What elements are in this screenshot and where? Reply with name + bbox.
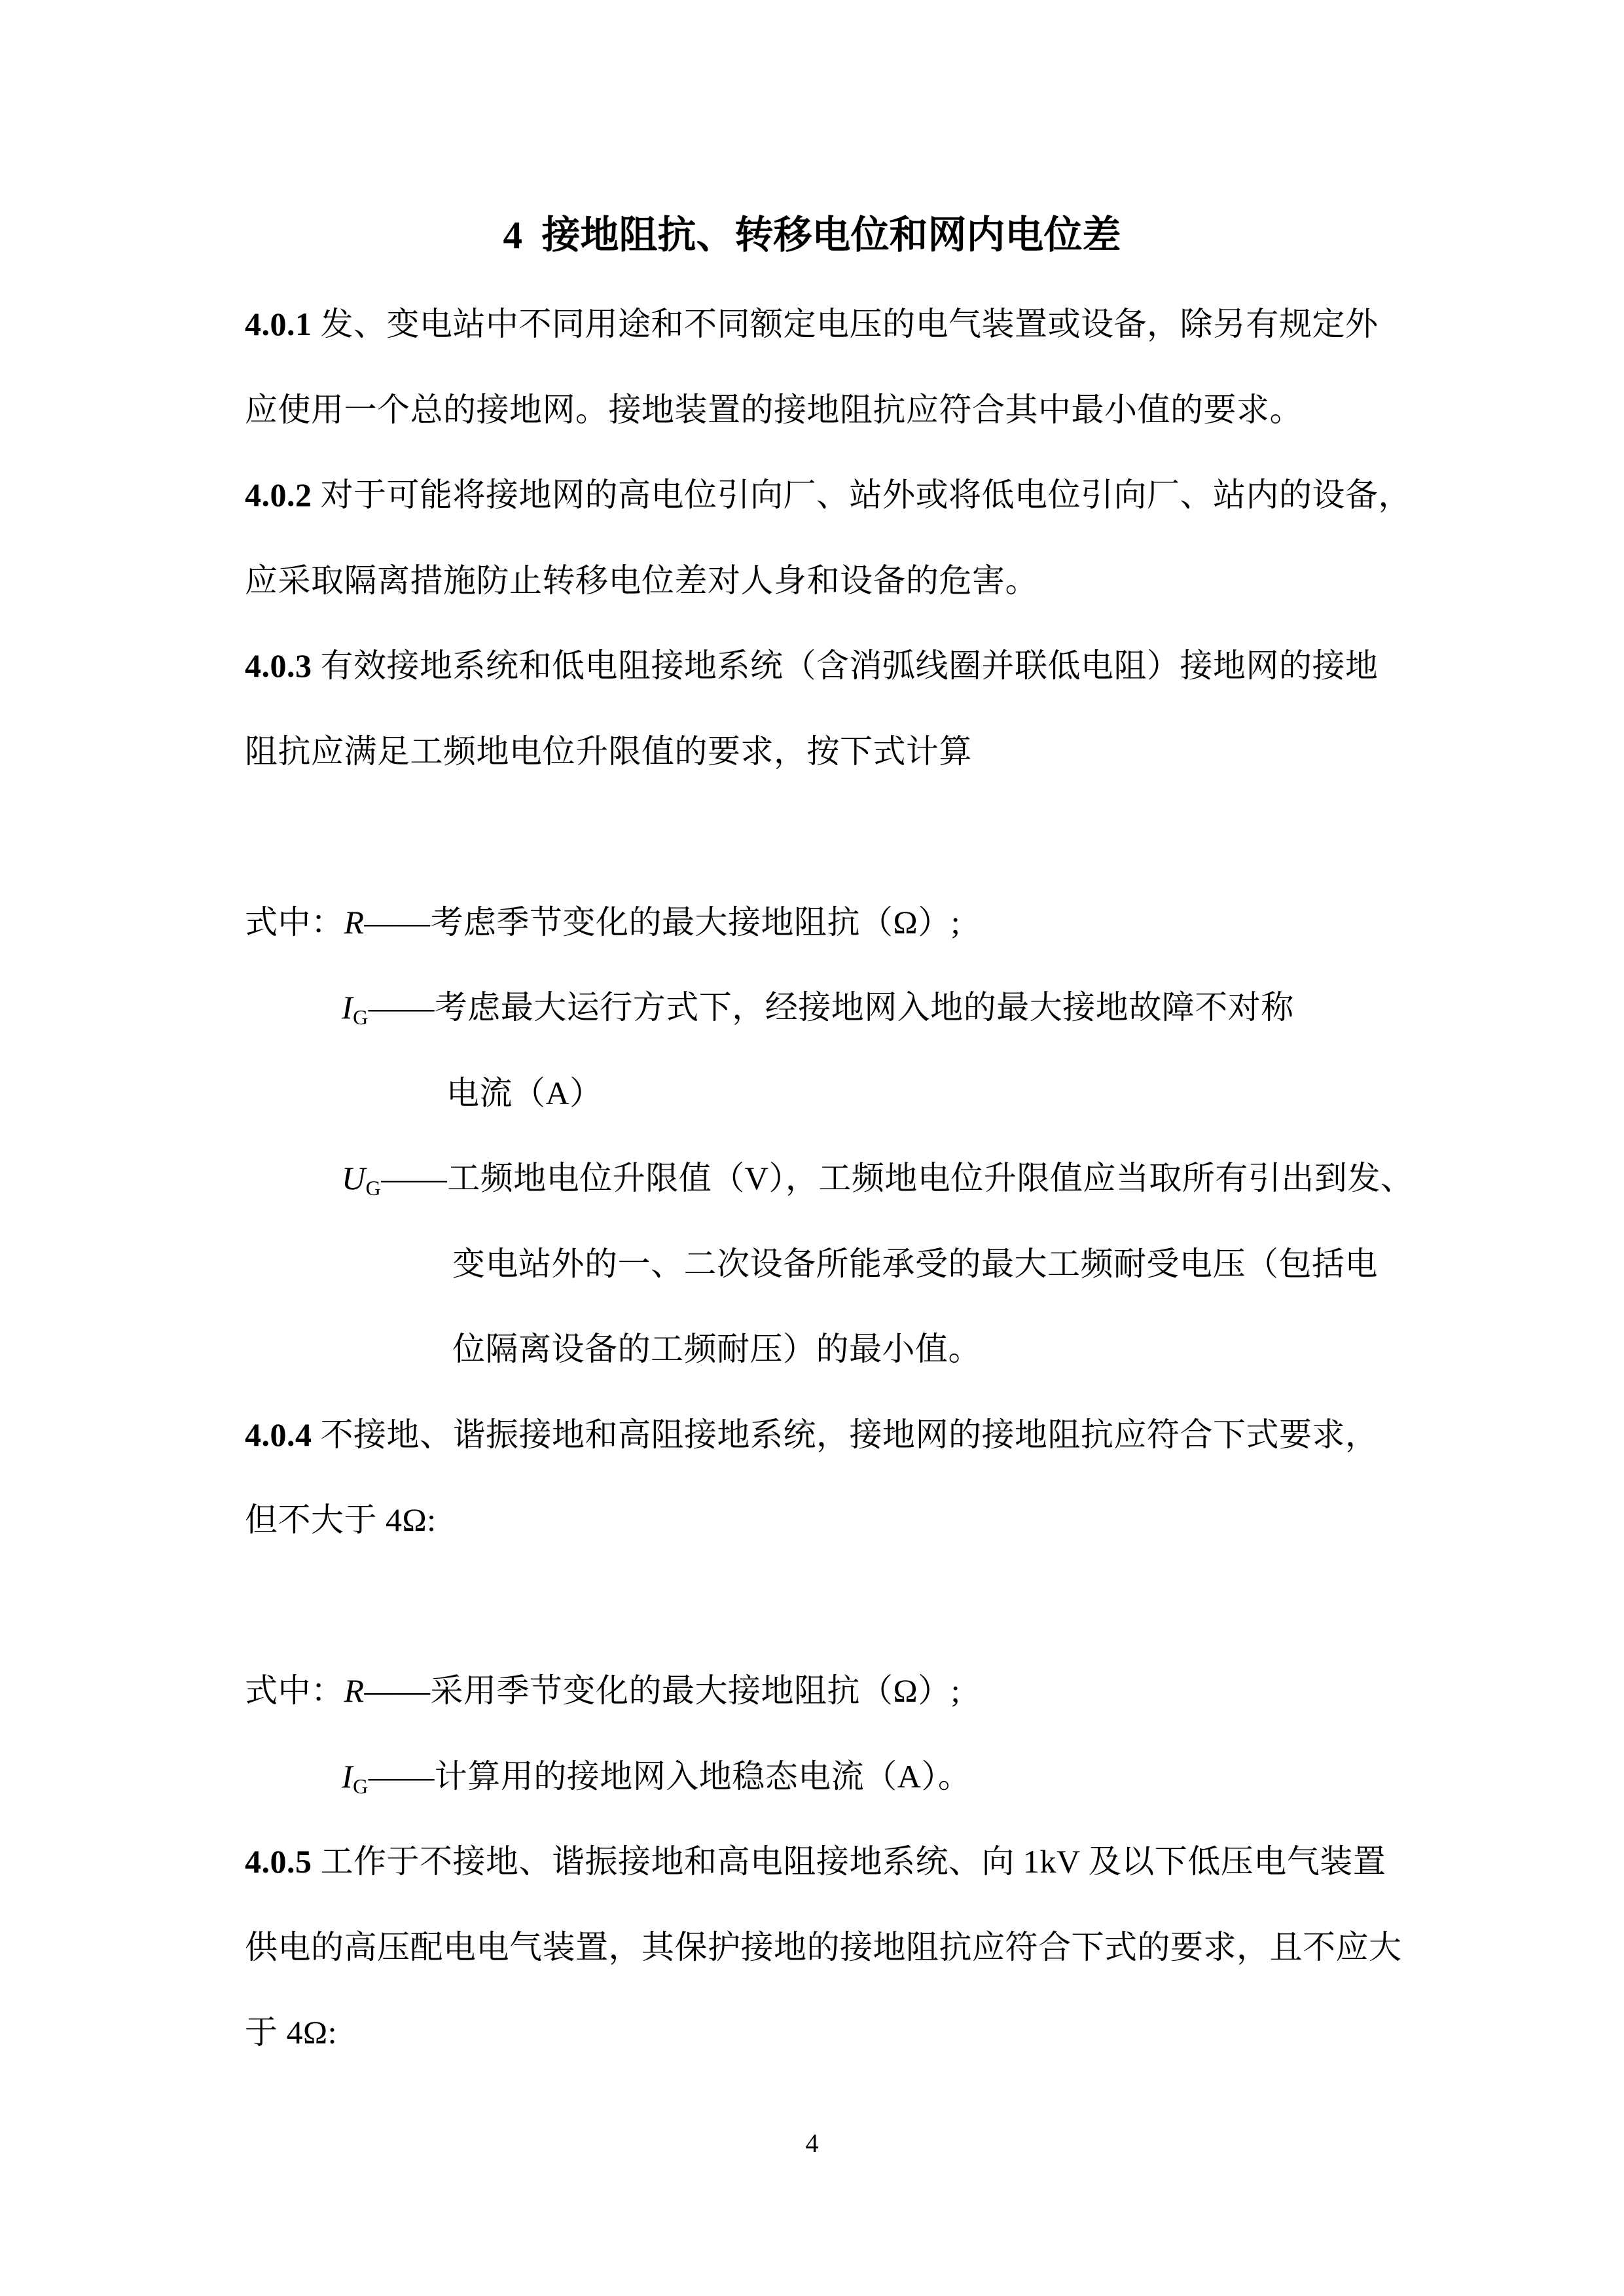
text-segment: 应使用一个总的接地网。接地装置的接地阻抗应符合其中最小值的要求。	[245, 391, 1303, 428]
text-line: 4.0.2 对于可能将接地网的高电位引向厂、站外或将低电位引向厂、站内的设备，	[245, 477, 1411, 512]
body-text: 4.0.1 发、变电站中不同用途和不同额定电压的电气装置或设备，除另有规定外应使…	[0, 0, 1624, 2296]
text-segment: ——采用季节变化的最大接地阻抗（Ω）;	[365, 1672, 961, 1709]
text-line: 位隔离设备的工频耐压）的最小值。	[245, 1331, 981, 1367]
text-segment: G	[353, 1005, 369, 1029]
text-segment: 4.0.1	[245, 306, 312, 342]
text-segment: 应采取隔离措施防止转移电位差对人身和设备的危害。	[245, 562, 1038, 599]
text-line: 电流（A）	[245, 1075, 603, 1111]
text-line: 4.0.5 工作于不接地、谐振接地和高电阻接地系统、向 1kV 及以下低压电气装…	[245, 1844, 1386, 1879]
text-line: 应使用一个总的接地网。接地装置的接地阻抗应符合其中最小值的要求。	[245, 392, 1303, 427]
text-segment: 不接地、谐振接地和高阻接地系统，接地网的接地阻抗应符合下式要求，	[312, 1416, 1379, 1453]
text-segment: 式中：	[245, 1672, 344, 1709]
text-segment: 但不大于 4Ω:	[245, 1501, 437, 1538]
text-segment: G	[353, 1774, 369, 1798]
text-line: 4.0.1 发、变电站中不同用途和不同额定电压的电气装置或设备，除另有规定外	[245, 306, 1379, 342]
text-segment: 变电站外的一、二次设备所能承受的最大工频耐受电压（包括电	[452, 1246, 1378, 1282]
text-segment: 工作于不接地、谐振接地和高电阻接地系统、向 1kV 及以下低压电气装置	[312, 1843, 1386, 1880]
text-line: 式中：R——采用季节变化的最大接地阻抗（Ω）;	[245, 1673, 960, 1708]
text-line: 4.0.4 不接地、谐振接地和高阻接地系统，接地网的接地阻抗应符合下式要求，	[245, 1417, 1379, 1452]
text-segment: 供电的高压配电电气装置，其保护接地的接地阻抗应符合下式的要求，且不应大	[245, 1929, 1402, 1965]
text-line: 式中：R——考虑季节变化的最大接地阻抗（Ω）;	[245, 905, 960, 940]
text-segment: 对于可能将接地网的高电位引向厂、站外或将低电位引向厂、站内的设备，	[312, 476, 1412, 513]
text-segment: 式中：	[245, 904, 344, 941]
text-segment: G	[366, 1176, 382, 1200]
text-segment: 4.0.5	[245, 1843, 312, 1880]
document-page: 4 接地阻抗、转移电位和网内电位差 4.0.1 发、变电站中不同用途和不同额定电…	[0, 0, 1624, 2296]
text-segment: U	[342, 1160, 366, 1196]
text-segment: R	[344, 1672, 365, 1709]
text-segment: 4.0.2	[245, 476, 312, 513]
text-segment: ——工频地电位升限值（V），工频地电位升限值应当取所有引出到发、	[381, 1160, 1413, 1196]
text-line: 4.0.3 有效接地系统和低电阻接地系统（含消弧线圈并联低电阻）接地网的接地	[245, 648, 1379, 683]
text-line: 供电的高压配电电气装置，其保护接地的接地阻抗应符合下式的要求，且不应大	[245, 1929, 1402, 1965]
text-segment: I	[342, 1758, 353, 1795]
text-segment: ——考虑季节变化的最大接地阻抗（Ω）;	[365, 904, 961, 941]
text-segment: 位隔离设备的工频耐压）的最小值。	[452, 1331, 981, 1367]
text-line: 变电站外的一、二次设备所能承受的最大工频耐受电压（包括电	[245, 1246, 1378, 1282]
text-segment: ——计算用的接地网入地稳态电流（A）。	[369, 1758, 971, 1795]
text-segment: 有效接地系统和低电阻接地系统（含消弧线圈并联低电阻）接地网的接地	[312, 647, 1379, 684]
text-segment: 阻抗应满足工频地电位升限值的要求，按下式计算	[245, 733, 972, 770]
page-number: 4	[0, 2128, 1624, 2159]
text-segment: 4.0.4	[245, 1416, 312, 1453]
text-line: 阻抗应满足工频地电位升限值的要求，按下式计算	[245, 734, 972, 769]
text-segment: R	[344, 904, 365, 941]
text-segment: 4.0.3	[245, 647, 312, 684]
text-line: IG——考虑最大运行方式下，经接地网入地的最大接地故障不对称	[245, 990, 1294, 1035]
text-segment: I	[342, 989, 353, 1026]
text-segment: 于 4Ω:	[245, 2014, 337, 2051]
text-line: UG——工频地电位升限值（V），工频地电位升限值应当取所有引出到发、	[245, 1160, 1413, 1206]
text-line: 但不大于 4Ω:	[245, 1502, 437, 1537]
text-segment: 发、变电站中不同用途和不同额定电压的电气装置或设备，除另有规定外	[312, 306, 1379, 342]
text-line: IG——计算用的接地网入地稳态电流（A）。	[245, 1759, 971, 1804]
text-segment: 电流（A）	[446, 1075, 603, 1111]
text-line: 于 4Ω:	[245, 2015, 337, 2050]
text-line: 应采取隔离措施防止转移电位差对人身和设备的危害。	[245, 563, 1038, 598]
text-segment: ——考虑最大运行方式下，经接地网入地的最大接地故障不对称	[369, 989, 1294, 1026]
